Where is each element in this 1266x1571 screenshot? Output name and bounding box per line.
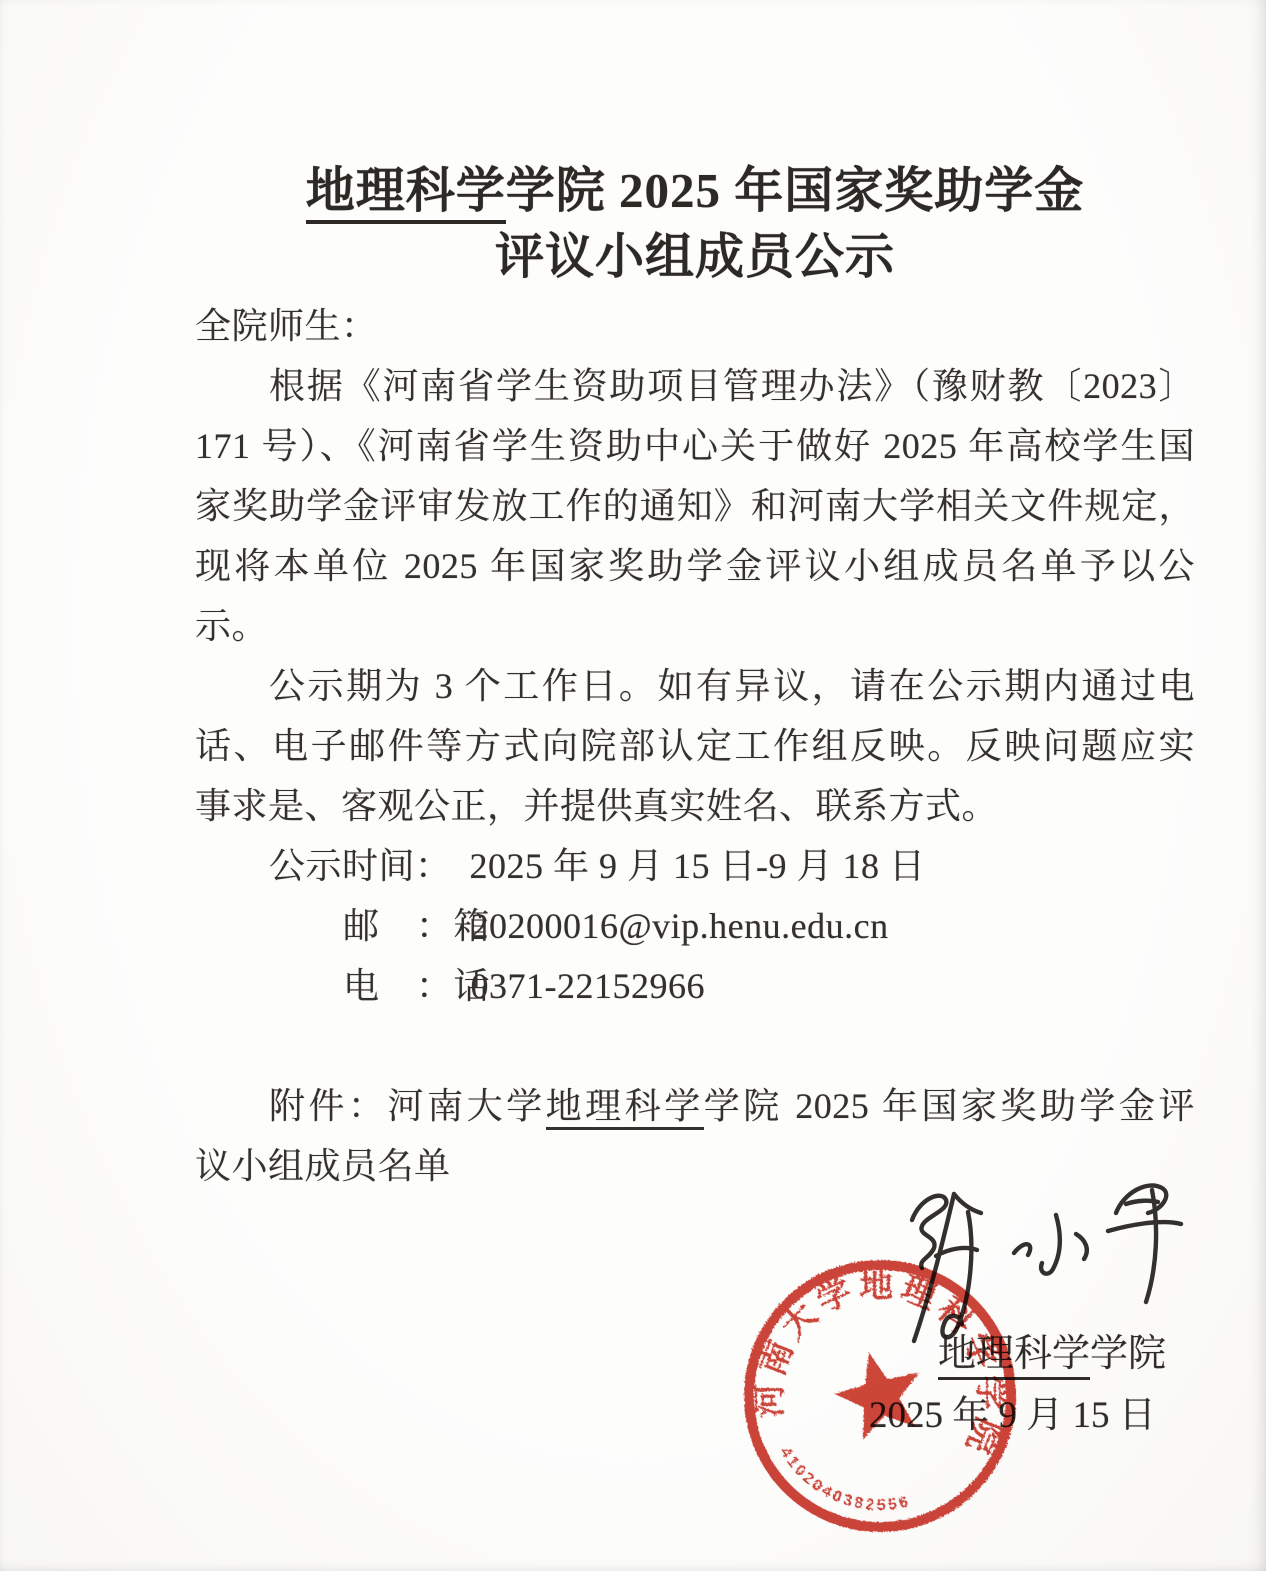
paragraph1-line: 根据《河南省学生资助项目管理办法》（豫财教〔2023〕 bbox=[195, 356, 1195, 416]
signature-stroke bbox=[1146, 1190, 1156, 1302]
attachment-prefix: 附件：河南大学 bbox=[269, 1086, 546, 1126]
scanned-document-page: 地理科学学院 2025 年国家奖助学金 评议小组成员公示 全院师生： 根据《河南… bbox=[0, 0, 1266, 1571]
seal-serial-holder: 4102040382556 bbox=[776, 1440, 913, 1517]
document-title: 地理科学学院 2025 年国家奖助学金 评议小组成员公示 bbox=[195, 158, 1195, 290]
email-line: 邮箱：20200016@vip.henu.edu.cn bbox=[195, 896, 1195, 956]
official-red-seal: 河南大学地理科学学院 4102040382556 bbox=[730, 1246, 1030, 1546]
paragraph2-line: 事求是、客观公正，并提供真实姓名、联系方式。 bbox=[195, 776, 1195, 836]
seal-ring-text: 河南大学地理科学学院 bbox=[746, 1262, 1012, 1471]
signature-stroke bbox=[1108, 1222, 1181, 1231]
document-body: 全院师生： 根据《河南省学生资助项目管理办法》（豫财教〔2023〕 171 号）… bbox=[195, 296, 1195, 1196]
signature-stroke bbox=[1076, 1234, 1087, 1259]
seal-serial-number: 4102040382556 bbox=[776, 1440, 913, 1517]
email-value: 20200016@vip.henu.edu.cn bbox=[471, 906, 889, 946]
title-line-1: 地理科学学院 2025 年国家奖助学金 bbox=[195, 158, 1195, 224]
paragraph2-line: 公示期为 3 个工作日。如有异议，请在公示期内通过电 bbox=[195, 656, 1195, 716]
phone-value: 0371-22152966 bbox=[471, 966, 706, 1006]
phone-colon: ： bbox=[416, 966, 453, 1006]
attachment-underlined-text: 地理科学 bbox=[546, 1086, 704, 1130]
paragraph1-line: 现将本单位 2025 年国家奖助学金评议小组成员名单予以公 bbox=[195, 536, 1195, 596]
paragraph1-line: 171 号）、《河南省学生资助中心关于做好 2025 年高校学生国 bbox=[195, 416, 1195, 476]
signature-stroke bbox=[1041, 1215, 1060, 1274]
salutation: 全院师生： bbox=[195, 296, 1195, 356]
paragraph1-line: 家奖助学金评审发放工作的通知》和河南大学相关文件规定， bbox=[195, 476, 1195, 536]
attachment-line-1: 附件：河南大学地理科学学院 2025 年国家奖助学金评 bbox=[195, 1076, 1195, 1136]
seal-graphic: 河南大学地理科学学院 4102040382556 bbox=[745, 1261, 1016, 1532]
period-label: 公示时间 bbox=[269, 846, 415, 886]
blank-line bbox=[195, 1016, 1195, 1076]
email-label-first: 邮 bbox=[269, 896, 380, 956]
publicity-period-line: 公示时间：2025 年 9 月 15 日-9 月 18 日 bbox=[195, 836, 1195, 896]
paragraph2-line: 话、电子邮件等方式向院部认定工作组反映。反映问题应实 bbox=[195, 716, 1195, 776]
phone-label: 电话 bbox=[269, 956, 416, 1016]
seal-ring-text-holder: 河南大学地理科学学院 bbox=[746, 1262, 1012, 1471]
title-underlined-text: 地理科学 bbox=[306, 163, 506, 224]
period-value: 2025 年 9 月 15 日-9 月 18 日 bbox=[470, 846, 926, 886]
period-colon: ： bbox=[415, 846, 452, 886]
phone-line: 电话：0371-22152966 bbox=[195, 956, 1195, 1016]
phone-label-first: 电 bbox=[269, 956, 380, 1016]
paragraph1-line: 示。 bbox=[195, 596, 1195, 656]
title-line1-rest: 学院 2025 年国家奖助学金 bbox=[506, 163, 1085, 218]
title-line-2: 评议小组成员公示 bbox=[195, 224, 1195, 290]
attachment-rest: 学院 2025 年国家奖助学金评 bbox=[704, 1086, 1195, 1126]
star-icon bbox=[827, 1342, 932, 1444]
email-colon: ： bbox=[416, 906, 453, 946]
email-label: 邮箱 bbox=[269, 896, 416, 956]
